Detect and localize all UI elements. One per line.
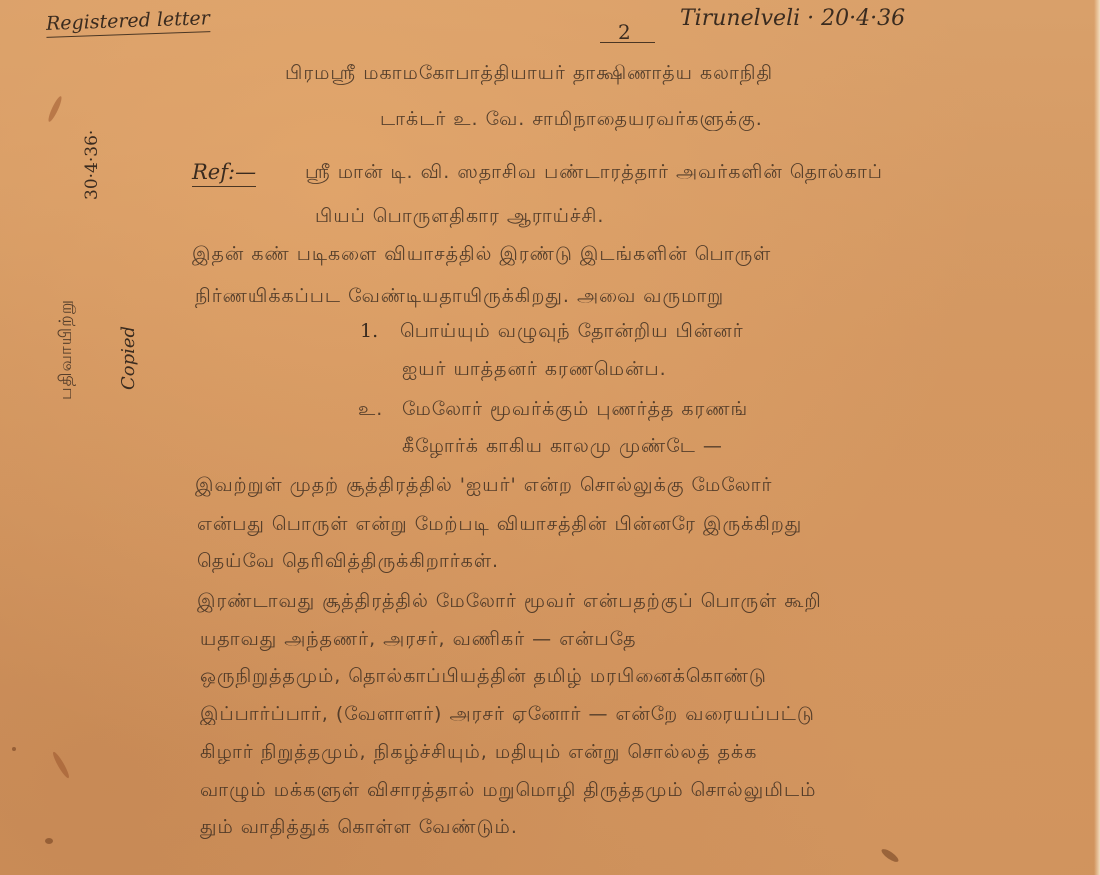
- list-item-2-line-1: மேலோர் மூவர்க்கும் புணர்த்த கரணங்: [402, 400, 748, 419]
- page-number: 2: [618, 20, 631, 44]
- paper-speck: [880, 847, 900, 864]
- place-and-date: Tirunelveli · 20·4·36: [680, 6, 905, 31]
- paper-speck: [12, 747, 16, 751]
- body-line: என்பது பொருள் என்று மேற்படி வியாசத்தின் …: [197, 515, 802, 534]
- reference-label: Ref:—: [192, 160, 256, 187]
- reference-line-1: ஸ்ரீ மான் டி. வி. ஸதாசிவ பண்டாரத்தார் அவ…: [305, 163, 883, 182]
- list-item-2-line-2: கீழோர்க் காகிய காலமு முண்டே —: [402, 437, 723, 456]
- reference-line-2: பியப் பொருளதிகார ஆராய்ச்சி.: [315, 207, 604, 226]
- paper-edge: [1094, 0, 1100, 875]
- body-line: இதன் கண் படிகளை வியாசத்தில் இரண்டு இடங்க…: [192, 245, 771, 264]
- body-line: நிர்ணயிக்கப்பட வேண்டியதாயிருக்கிறது. அவை…: [195, 287, 724, 306]
- body-line: தெய்வே தெரிவித்திருக்கிறார்கள்.: [197, 552, 499, 571]
- list-item-1-line-1: பொய்யும் வழுவுந் தோன்றிய பின்னர்: [400, 322, 744, 341]
- body-line: ஒருநிறுத்தமும், தொல்காப்பியத்தின் தமிழ் …: [200, 667, 767, 686]
- body-line: யதாவது அந்தணர், அரசர், வணிகர் — என்பதே: [200, 630, 636, 649]
- body-line: இவற்றுள் முதற் சூத்திரத்தில் 'ஐயர்' என்ற…: [195, 476, 772, 495]
- registered-letter-note: Registered letter: [46, 7, 211, 38]
- paper-stain: [51, 751, 71, 780]
- body-line: இரண்டாவது சூத்திரத்தில் மேலோர் மூவர் என்…: [197, 592, 822, 611]
- margin-registered-note: பதிவாயிற்று: [56, 299, 78, 400]
- list-number-2: உ.: [358, 398, 383, 423]
- body-line: இப்பார்ப்பார், (வேளாளர்) அரசர் ஏனோர் — எ…: [200, 705, 815, 724]
- body-line: வாழும் மக்களுள் விசாரத்தால் மறுமொழி திரு…: [200, 781, 816, 800]
- address-line-1: பிரமஸ்ரீ மகாமகோபாத்தியாயர் தாக்ஷிணாத்ய க…: [285, 64, 773, 83]
- list-number-1: 1.: [360, 320, 378, 342]
- list-item-1-line-2: ஐயர் யாத்தனர் கரணமென்ப.: [402, 360, 667, 379]
- margin-copied-note: Copied: [118, 326, 139, 390]
- address-line-2: டாக்டர் உ. வே. சாமிநாதையரவர்களுக்கு.: [380, 110, 763, 129]
- page-number-underline: [600, 42, 655, 43]
- letter-page: Registered letter 2 Tirunelveli · 20·4·3…: [0, 0, 1100, 875]
- body-line: கிழார் நிறுத்தமும், நிகழ்ச்சியும், மதியு…: [200, 743, 757, 762]
- body-line: தும் வாதித்துக் கொள்ள வேண்டும்.: [200, 818, 518, 837]
- paper-speck: [45, 838, 53, 844]
- margin-received-date: 30·4·36·: [82, 130, 102, 200]
- paper-stain: [46, 95, 63, 123]
